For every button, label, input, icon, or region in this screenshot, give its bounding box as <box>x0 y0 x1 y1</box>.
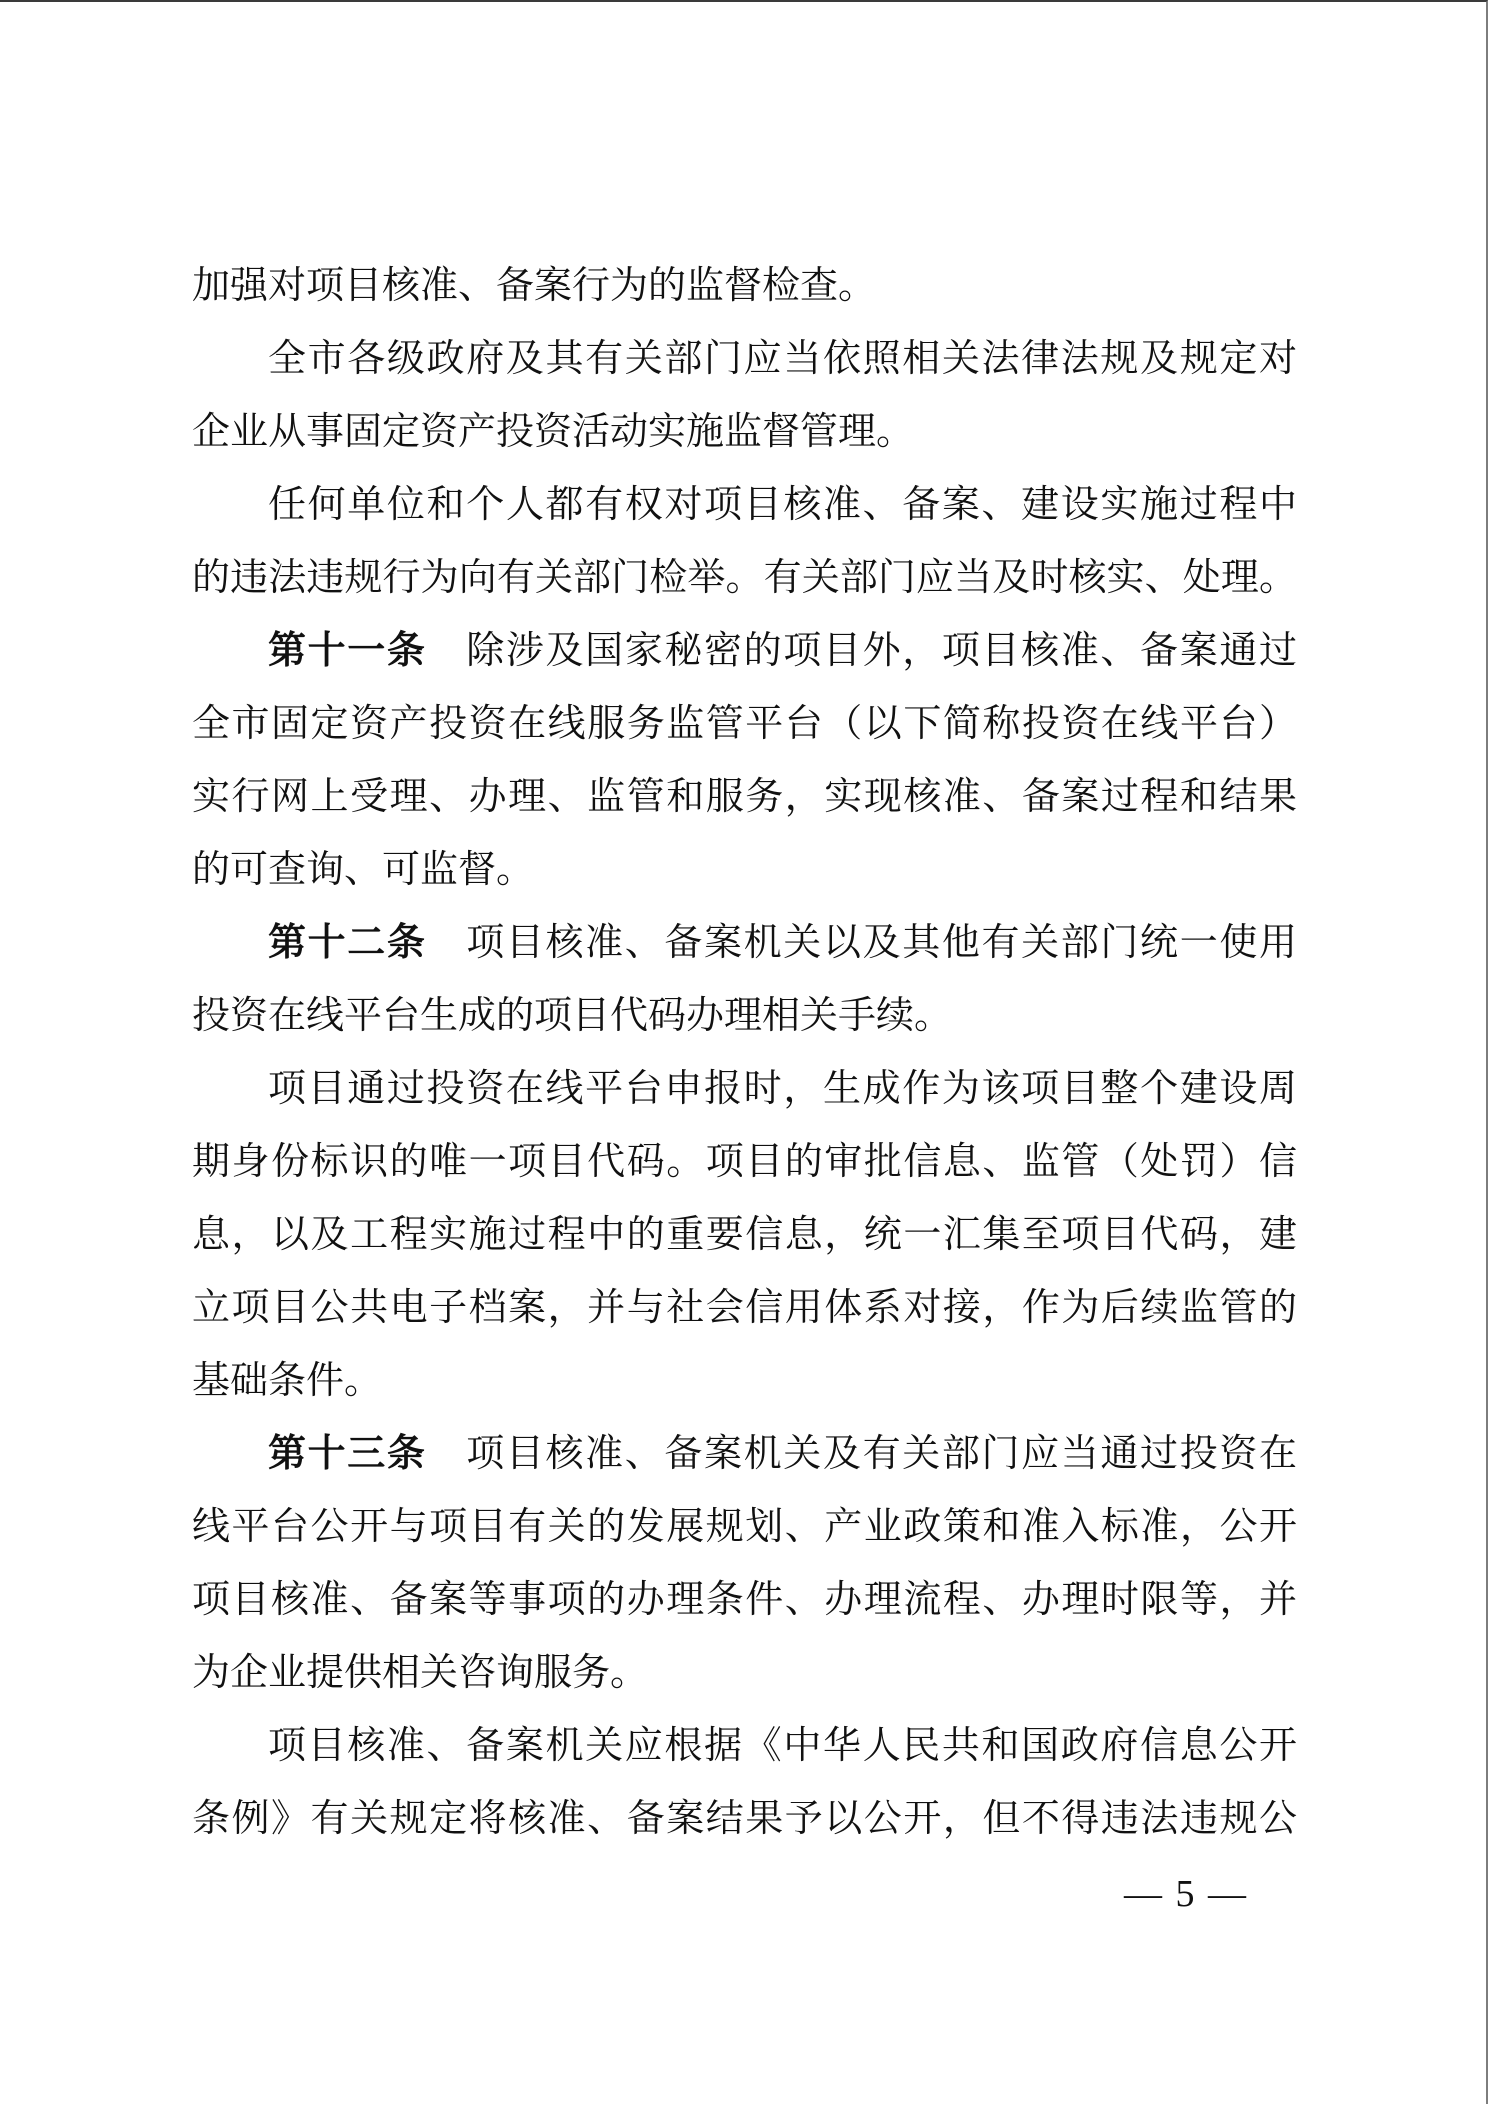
text-segment: 线平台公开与项目有关的发展规划、产业政策和准入标准，公开 <box>192 1506 1297 1548</box>
text-line: 立项目公共电子档案，并与社会信用体系对接，作为后续监管的 <box>192 1272 1297 1345</box>
document-page: 加强对项目核准、备案行为的监督检查。全市各级政府及其有关部门应当依照相关法律法规… <box>0 0 1488 2104</box>
text-segment: 息，以及工程实施过程中的重要信息，统一汇集至项目代码，建 <box>192 1214 1297 1256</box>
text-segment: 全市固定资产投资在线服务监管平台（以下简称投资在线平台） <box>192 703 1297 745</box>
text-line: 加强对项目核准、备案行为的监督检查。 <box>192 250 1297 323</box>
text-line: 条例》有关规定将核准、备案结果予以公开，但不得违法违规公 <box>192 1783 1297 1856</box>
text-line: 全市各级政府及其有关部门应当依照相关法律法规及规定对 <box>192 323 1297 396</box>
text-segment: 投资在线平台生成的项目代码办理相关手续。 <box>192 995 952 1037</box>
article-line: 第十二条 项目核准、备案机关以及其他有关部门统一使用 <box>192 907 1297 980</box>
text-segment: 加强对项目核准、备案行为的监督检查。 <box>192 265 876 307</box>
text-segment: 期身份标识的唯一项目代码。项目的审批信息、监管（处罚）信 <box>192 1141 1297 1183</box>
document-body: 加强对项目核准、备案行为的监督检查。全市各级政府及其有关部门应当依照相关法律法规… <box>192 250 1297 1856</box>
text-line: 项目通过投资在线平台申报时，生成作为该项目整个建设周 <box>192 1053 1297 1126</box>
text-segment: 项目核准、备案机关以及其他有关部门统一使用 <box>427 922 1297 964</box>
article-number: 第十三条 <box>268 1433 427 1475</box>
text-segment: 项目核准、备案等事项的办理条件、办理流程、办理时限等，并 <box>192 1579 1297 1621</box>
text-segment: 项目核准、备案机关应根据《中华人民共和国政府信息公开 <box>268 1725 1297 1767</box>
text-line: 任何单位和个人都有权对项目核准、备案、建设实施过程中 <box>192 469 1297 542</box>
text-line: 全市固定资产投资在线服务监管平台（以下简称投资在线平台） <box>192 688 1297 761</box>
text-line: 项目核准、备案等事项的办理条件、办理流程、办理时限等，并 <box>192 1564 1297 1637</box>
text-segment: 条例》有关规定将核准、备案结果予以公开，但不得违法违规公 <box>192 1798 1297 1840</box>
text-line: 期身份标识的唯一项目代码。项目的审批信息、监管（处罚）信 <box>192 1126 1297 1199</box>
article-number: 第十二条 <box>268 922 427 964</box>
text-line: 为企业提供相关咨询服务。 <box>192 1637 1297 1710</box>
text-segment: 企业从事固定资产投资活动实施监督管理。 <box>192 411 914 453</box>
text-line: 息，以及工程实施过程中的重要信息，统一汇集至项目代码，建 <box>192 1199 1297 1272</box>
text-line: 的违法违规行为向有关部门检举。有关部门应当及时核实、处理。 <box>192 542 1297 615</box>
text-segment: 的违法违规行为向有关部门检举。有关部门应当及时核实、处理。 <box>192 557 1297 599</box>
text-segment: 项目通过投资在线平台申报时，生成作为该项目整个建设周 <box>268 1068 1297 1110</box>
text-line: 企业从事固定资产投资活动实施监督管理。 <box>192 396 1297 469</box>
text-line: 基础条件。 <box>192 1345 1297 1418</box>
article-line: 第十一条 除涉及国家秘密的项目外，项目核准、备案通过 <box>192 615 1297 688</box>
text-line: 实行网上受理、办理、监管和服务，实现核准、备案过程和结果 <box>192 761 1297 834</box>
text-line: 的可查询、可监督。 <box>192 834 1297 907</box>
text-segment: 全市各级政府及其有关部门应当依照相关法律法规及规定对 <box>268 338 1297 380</box>
text-segment: 的可查询、可监督。 <box>192 849 534 891</box>
text-segment: 实行网上受理、办理、监管和服务，实现核准、备案过程和结果 <box>192 776 1297 818</box>
article-line: 第十三条 项目核准、备案机关及有关部门应当通过投资在 <box>192 1418 1297 1491</box>
text-line: 项目核准、备案机关应根据《中华人民共和国政府信息公开 <box>192 1710 1297 1783</box>
text-segment: 除涉及国家秘密的项目外，项目核准、备案通过 <box>427 630 1297 672</box>
text-segment: 项目核准、备案机关及有关部门应当通过投资在 <box>427 1433 1297 1475</box>
article-number: 第十一条 <box>268 630 427 672</box>
text-segment: 为企业提供相关咨询服务。 <box>192 1652 648 1694</box>
text-segment: 基础条件。 <box>192 1360 382 1402</box>
text-segment: 任何单位和个人都有权对项目核准、备案、建设实施过程中 <box>268 484 1297 526</box>
page-number: — 5 — <box>1124 1866 1248 1922</box>
text-line: 投资在线平台生成的项目代码办理相关手续。 <box>192 980 1297 1053</box>
text-segment: 立项目公共电子档案，并与社会信用体系对接，作为后续监管的 <box>192 1287 1297 1329</box>
text-line: 线平台公开与项目有关的发展规划、产业政策和准入标准，公开 <box>192 1491 1297 1564</box>
